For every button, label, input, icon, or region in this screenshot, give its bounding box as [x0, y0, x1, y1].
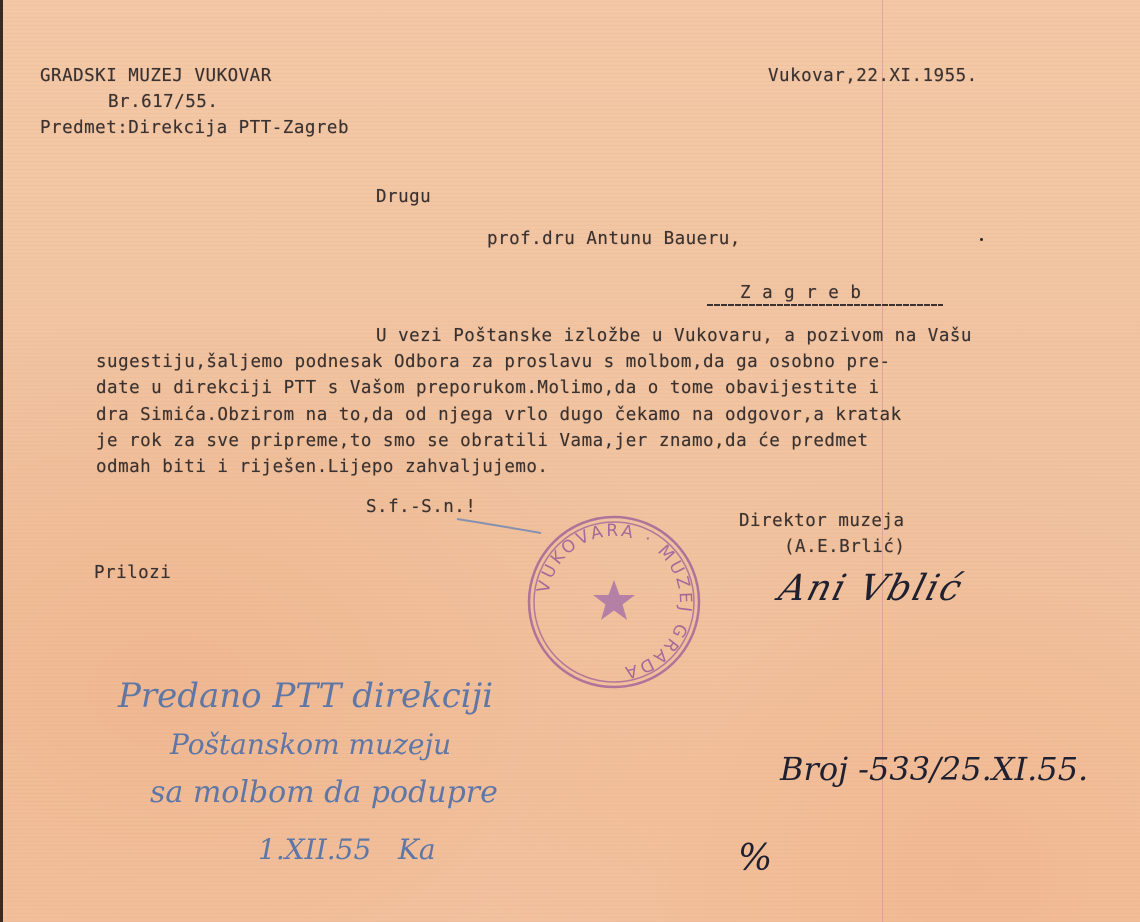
attachments-label: Prilozi [94, 563, 171, 583]
recipient-city: Z a g r e b [740, 283, 861, 303]
note-line: Predano PTT direkciji [118, 676, 493, 716]
body-line: sugestiju,šaljemo podnesak Odbora za pro… [96, 352, 891, 372]
note-line: 1.XII.55 Ka [258, 833, 436, 866]
institution-name: GRADSKI MUZEJ VUKOVAR [40, 66, 272, 86]
recipient-name: prof.dru Antunu Baueru, [487, 229, 741, 249]
star-icon [593, 580, 635, 620]
handwritten-signature: Ani Vblić [775, 568, 968, 609]
museum-stamp: VUKOVARA · MUZEJ GRADA [526, 514, 702, 690]
recipient-salutation: Drugu [376, 187, 431, 207]
reference-number: Br.617/55. [108, 92, 218, 112]
ink-speck [980, 238, 983, 241]
note-line: Poštanskom muzeju [170, 728, 451, 761]
body-line: dra Simića.Obzirom na to,da od njega vrl… [96, 405, 902, 425]
scan-edge [0, 0, 3, 922]
body-line: U vezi Poštanske izložbe u Vukovaru, a p… [376, 326, 972, 346]
closing-slogan: S.f.-S.n.! [366, 497, 476, 517]
signature-title: Direktor muzeja [739, 511, 905, 531]
place-date: Vukovar,22.XI.1955. [768, 66, 978, 86]
subject-line: Predmet:Direkcija PTT-Zagreb [40, 118, 349, 138]
body-line: date u direkciji PTT s Vašom preporukom.… [96, 378, 880, 398]
city-underline [707, 304, 943, 306]
body-line: je rok za sve pripreme,to smo se obratil… [96, 431, 869, 451]
registry-mark: % [738, 838, 772, 879]
registry-number: Broj -533/25.XI.55. [780, 750, 1088, 788]
signatory-name: (A.E.Brlić) [784, 537, 905, 557]
note-line: sa molbom da podupre [150, 775, 498, 810]
body-line: odmah biti i riješen.Lijepo zahvaljujemo… [96, 457, 548, 477]
